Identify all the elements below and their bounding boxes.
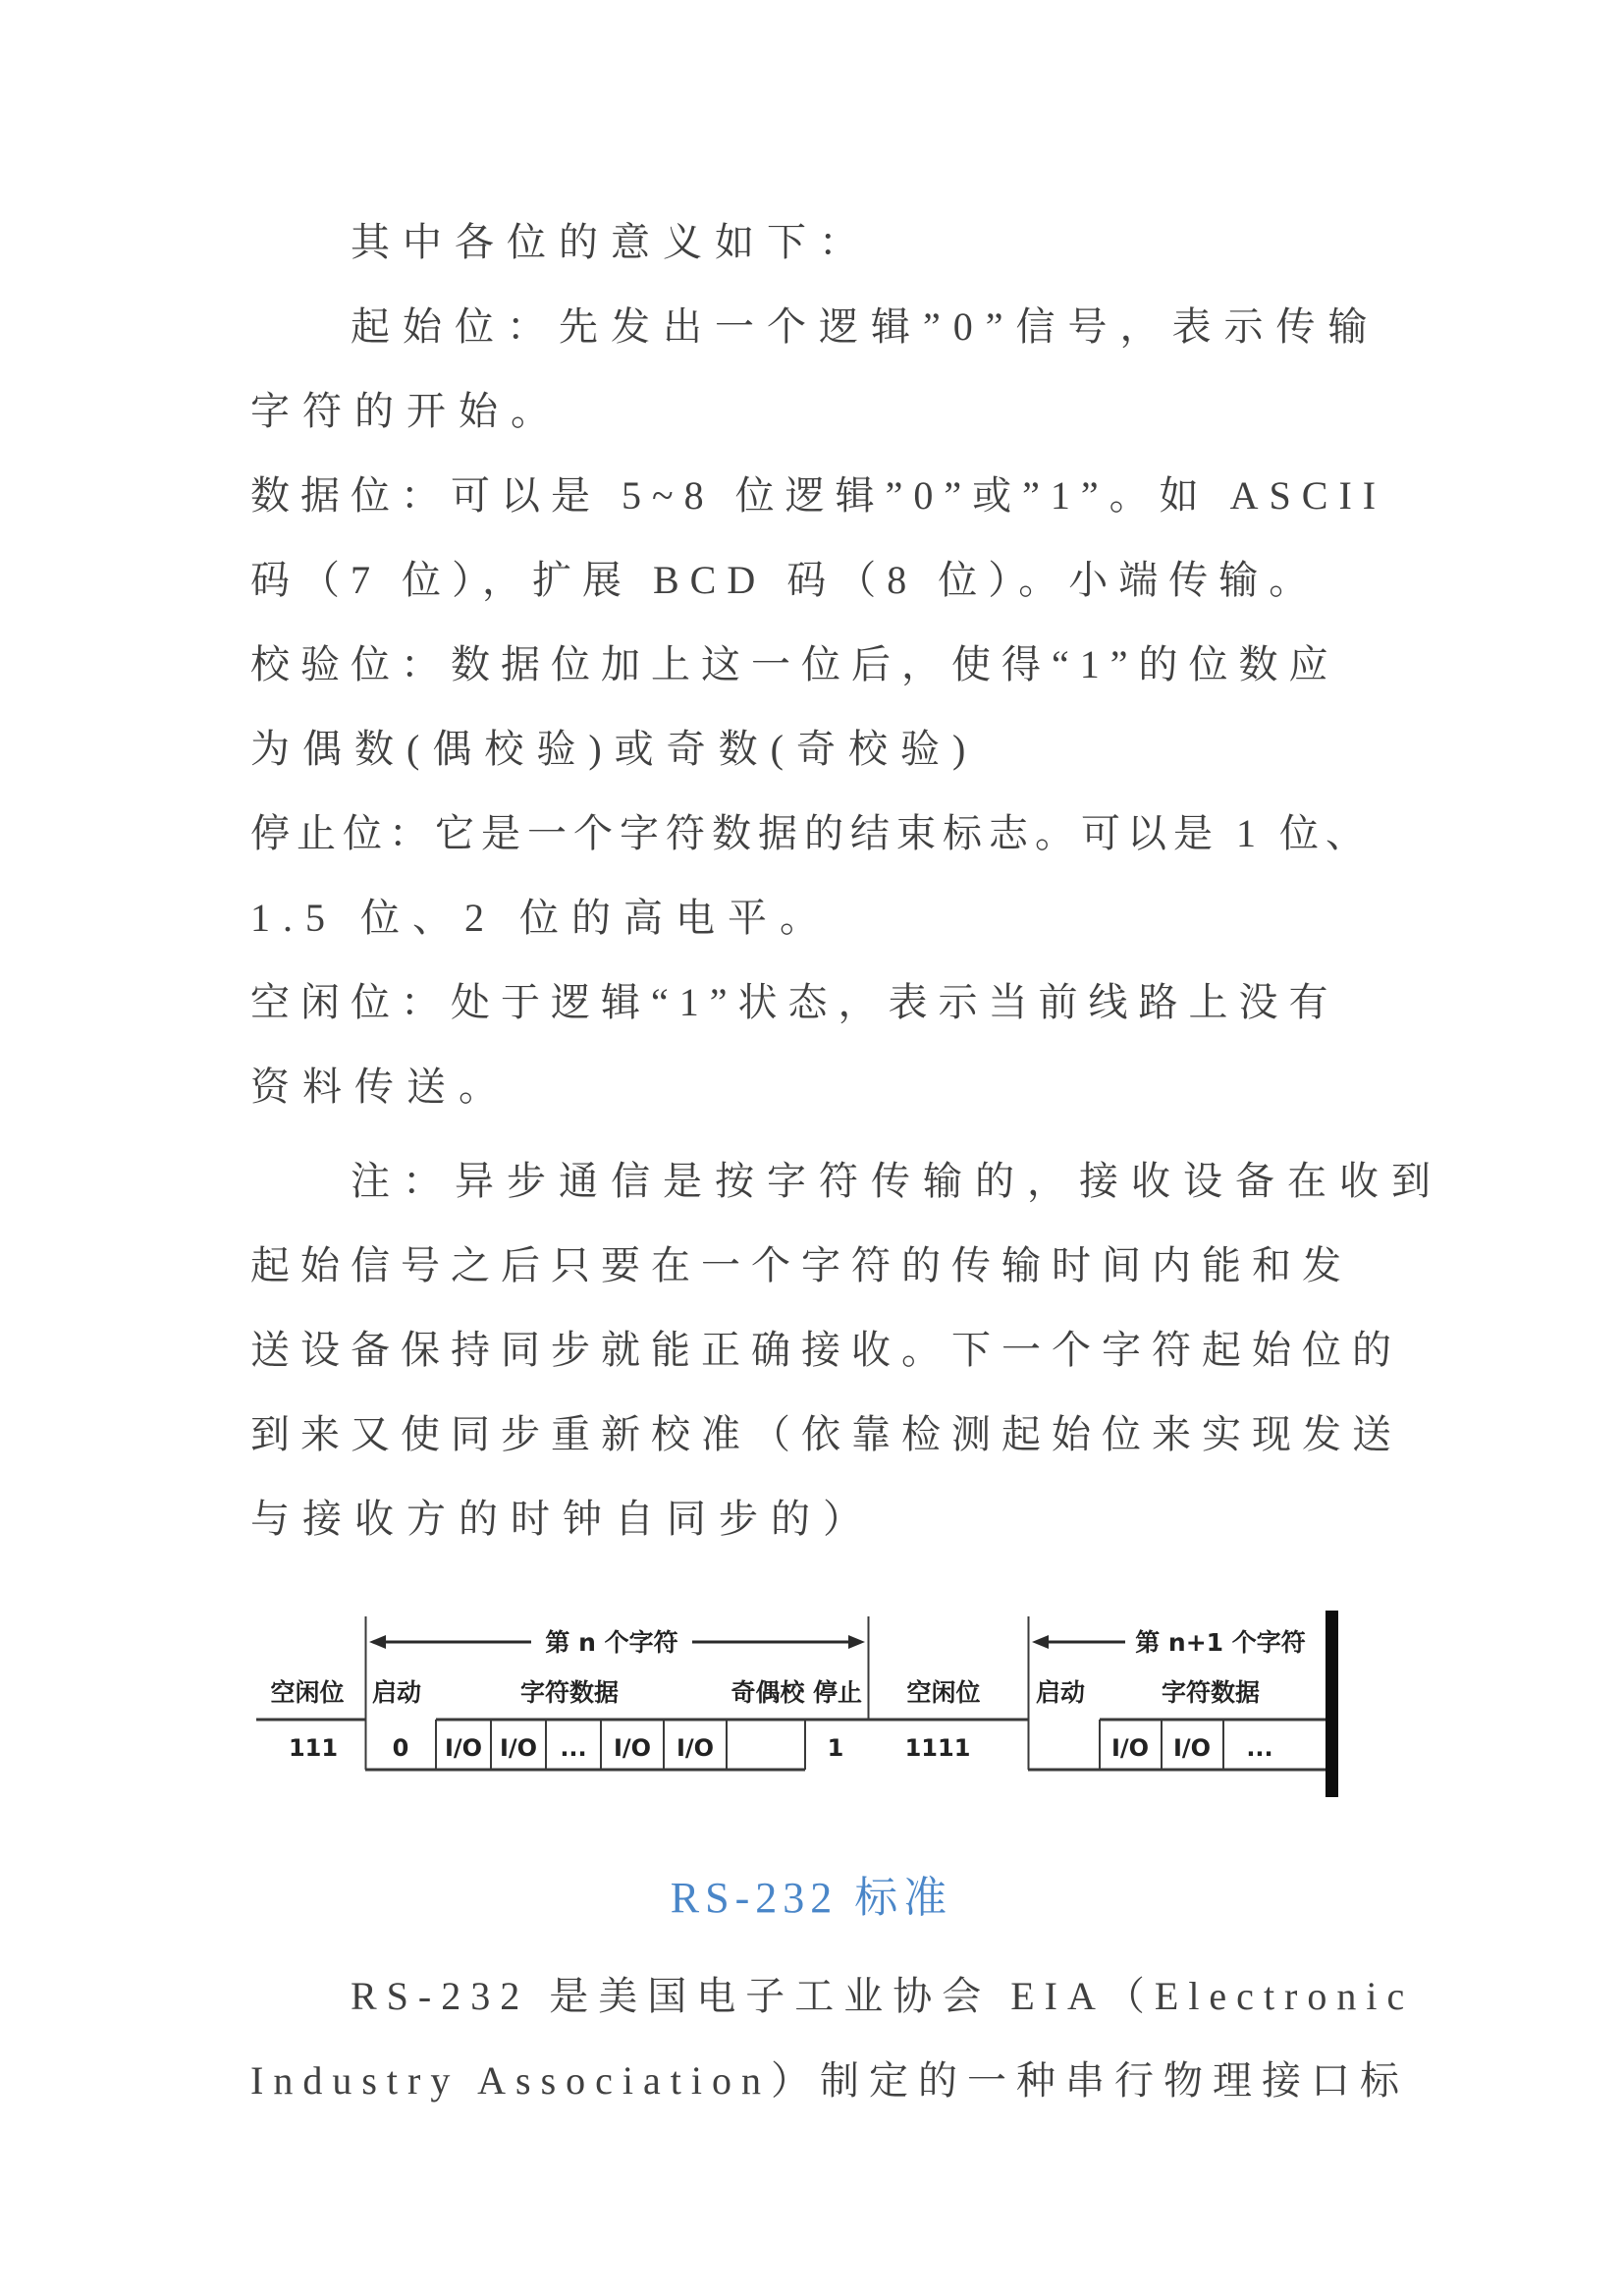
- diagram-right-border: [1325, 1611, 1338, 1797]
- idle-bits-value-2: 1111: [905, 1734, 971, 1762]
- idle-bit-label: 空闲位: [270, 1678, 344, 1707]
- start-bit-value: 0: [393, 1734, 409, 1762]
- data-bit-cell: I/O: [676, 1734, 714, 1762]
- text-line: 空闲位：处于逻辑“1”状态，表示当前线路上没有: [250, 960, 1458, 1045]
- data-bits-label: 字符数据: [520, 1678, 619, 1707]
- async-frame-diagram: 第 n 个字符 第 n+1 个字符 空闲位 启动 字符数据 奇偶校 停止 空闲位…: [248, 1607, 1343, 1801]
- text-line: 资料传送。: [250, 1045, 1458, 1129]
- text-line: 送设备保持同步就能正确接收。下一个字符起始位的: [250, 1308, 1458, 1393]
- stop-bit-value: 1: [828, 1734, 844, 1762]
- text-line: 起始位：先发出一个逻辑”0”信号，表示传输: [250, 285, 1458, 369]
- data-bit-cell: I/O: [1111, 1734, 1149, 1762]
- data-bit-ellipsis: ...: [560, 1734, 586, 1762]
- text-line: 其中各位的意义如下：: [250, 200, 1458, 285]
- text-line: Industry Association）制定的一种串行物理接口标: [250, 2039, 1458, 2123]
- text-line: 1.5 位、2 位的高电平。: [250, 876, 1458, 960]
- start-bit-label-2: 启动: [1036, 1678, 1085, 1707]
- document-page: 其中各位的意义如下： 起始位：先发出一个逻辑”0”信号，表示传输 字符的开始。 …: [0, 0, 1623, 2296]
- body-text: 其中各位的意义如下： 起始位：先发出一个逻辑”0”信号，表示传输 字符的开始。 …: [250, 200, 1458, 1561]
- idle-bits-value: 111: [289, 1734, 338, 1762]
- text-line: 到来又使同步重新校准（依靠检测起始位来实现发送: [250, 1393, 1458, 1477]
- data-bits-label-2: 字符数据: [1162, 1678, 1260, 1707]
- start-bit-label: 启动: [372, 1678, 421, 1707]
- frame-timing-svg: 第 n 个字符 第 n+1 个字符 空闲位 启动 字符数据 奇偶校 停止 空闲位…: [248, 1607, 1343, 1801]
- stop-bit-label: 停止: [813, 1678, 862, 1707]
- text-line: 数据位：可以是 5~8 位逻辑”0”或”1”。如 ASCII: [250, 454, 1458, 538]
- text-line: 注：异步通信是按字符传输的，接收设备在收到: [250, 1139, 1458, 1224]
- idle-bit-label-2: 空闲位: [906, 1678, 980, 1707]
- char-n1-span-arrow: [1032, 1635, 1125, 1649]
- text-line: 与接收方的时钟自同步的）: [250, 1477, 1458, 1561]
- text-line: 码（7 位），扩展 BCD 码（8 位）。小端传输。: [250, 538, 1458, 623]
- data-bit-ellipsis: ...: [1246, 1734, 1272, 1762]
- text-line: 起始信号之后只要在一个字符的传输时间内能和发: [250, 1224, 1458, 1308]
- data-bit-cell: I/O: [445, 1734, 482, 1762]
- section-heading-rs232: RS-232 标准: [0, 1862, 1623, 1925]
- data-bit-cell: I/O: [1173, 1734, 1211, 1762]
- field-labels: 空闲位 启动 字符数据 奇偶校 停止 空闲位 启动 字符数据: [270, 1678, 1260, 1707]
- waveform-lines: [256, 1720, 1325, 1770]
- char-n1-span-label: 第 n+1 个字符: [1135, 1628, 1306, 1657]
- text-line: 校验位：数据位加上这一位后，使得“1”的位数应: [250, 623, 1458, 707]
- text-line: 为偶数(偶校验)或奇数(奇校验): [250, 707, 1458, 792]
- data-bit-cell: I/O: [500, 1734, 537, 1762]
- footer-text: RS-232 是美国电子工业协会 EIA（Electronic Industry…: [250, 1954, 1458, 2123]
- text-line: 停止位：它是一个字符数据的结束标志。可以是 1 位、: [250, 792, 1458, 876]
- text-line: 字符的开始。: [250, 369, 1458, 454]
- text-line: RS-232 是美国电子工业协会 EIA（Electronic: [250, 1954, 1458, 2039]
- char-n-span-label: 第 n 个字符: [545, 1628, 677, 1657]
- data-bit-cell: I/O: [614, 1734, 651, 1762]
- parity-bit-label: 奇偶校: [730, 1678, 805, 1707]
